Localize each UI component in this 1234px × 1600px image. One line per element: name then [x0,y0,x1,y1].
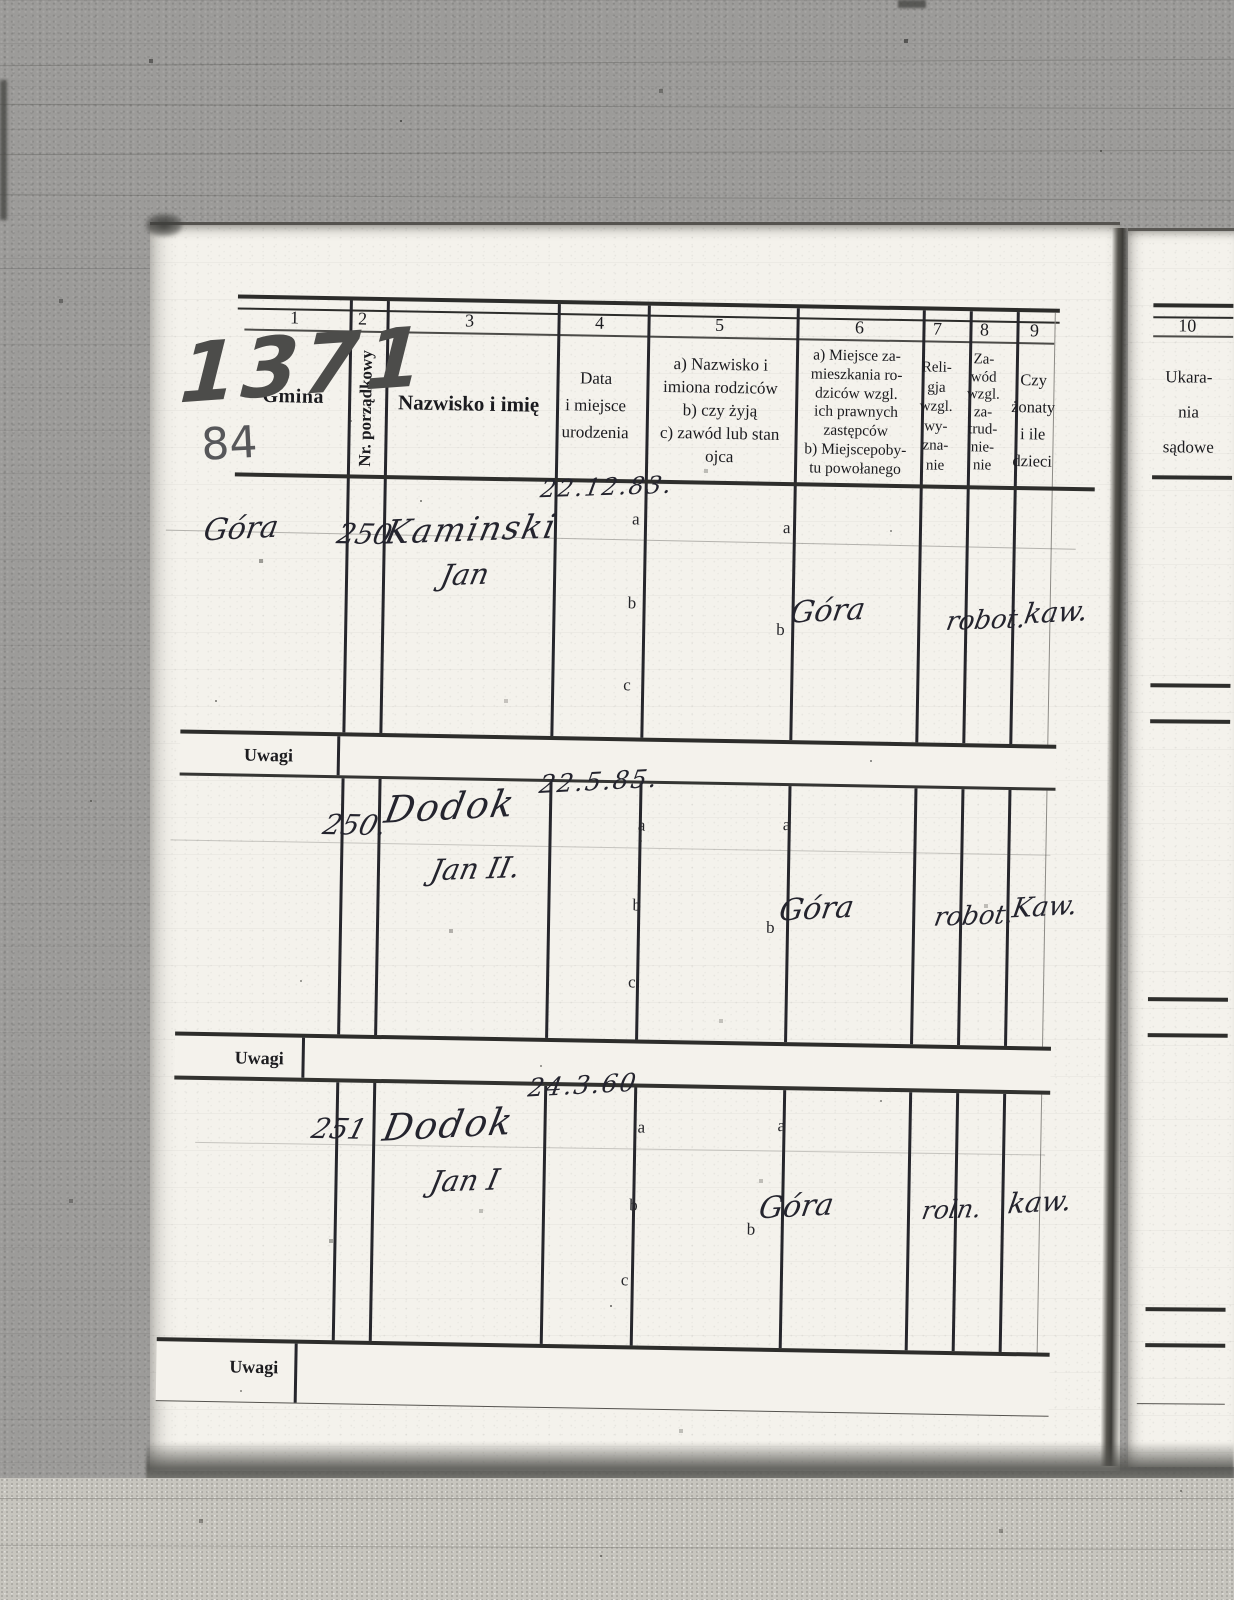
header-bottom-rule [1152,475,1232,480]
sub-row-label-a: a [637,1118,645,1138]
row-rule-thin [1137,1403,1225,1405]
col5-header: a) Nazwisko i imiona rodziców b) czy żyj… [637,351,803,469]
col7-header-line: wzgl. [908,397,964,417]
next-page-content: 10 Ukara- nia sądowe [1128,231,1234,1467]
record-given-name: Jan [438,559,492,590]
next-registry-page: 10 Ukara- nia sądowe [1128,228,1234,1467]
col7-header-line: wy- [908,417,964,437]
uwagi-band: Uwagi [156,1337,1050,1417]
record-row-2: 250. Dodok Jan II. 22.5.85. a b c a b Gó… [151,223,1120,240]
sub-row-label-b: b [632,895,641,915]
record-given-name: Jan II. [428,853,523,885]
scratch-line [166,530,1076,550]
uwagi-label: Uwagi [234,1048,283,1070]
registry-page: 1 2 3 4 5 6 7 8 9 Gmina Nr. porządkowy N… [150,222,1120,1471]
col5-header-line: b) czy żyją [638,397,802,423]
record-occupation-value: robot. [932,902,1016,931]
uwagi-separator-line [294,1344,298,1403]
background-bottom-band [0,1478,1234,1600]
record-given-name: Jan I [427,1165,501,1197]
scratch-line [0,1498,1234,1499]
record-residence-value: Góra [757,1190,836,1224]
uwagi-separator-line [337,736,341,775]
col4-header-line: Data [543,364,648,393]
col9-header-line: dzieci [990,447,1074,475]
page-corner-shadow [146,214,182,236]
col5-header-line: a) Nazwisko i [639,351,803,377]
sub-row-label-b: b [776,620,785,640]
scratch-line [0,194,1234,200]
record-number-value: 250. [320,811,390,840]
sub-row-label-c: c [628,972,636,992]
col6-header-line: a) Miejsce za- [791,346,923,367]
col5-header-line: imiona rodziców [638,374,802,400]
record-gmina-value: Góra [202,512,281,546]
scratch-line [170,839,1050,855]
col10-number: 10 [1157,315,1217,336]
record-occupation-value: roln. [920,1196,983,1223]
col3-number: 3 [439,310,499,332]
col4-header-line: urodzenia [542,418,647,447]
col5-header-line: c) zawód lub stan [637,420,801,446]
record-surname: Dodok [382,785,519,829]
numbers-underline-rule [1153,335,1233,338]
sub-row-label-b: b [627,593,636,613]
col6-header-line: ich prawnych [790,402,922,423]
sub-row-label-b: b [629,1195,638,1215]
grid-line-col3-col4 [540,304,561,1346]
col4-number: 4 [569,312,629,334]
scanned-registry-photo: 1 2 3 4 5 6 7 8 9 Gmina Nr. porządkowy N… [0,0,1234,1600]
film-edge-mark [898,0,926,8]
uwagi-separator-line [301,1038,305,1078]
row-rule [1150,719,1230,724]
sub-row-label-a: a [783,815,791,835]
record-occupation-value: robot. [944,606,1028,635]
col7-header-line: nie [907,456,963,476]
scratch-line [0,59,1234,66]
col10-header-line: Ukara- [1137,359,1234,395]
secondary-number-stamp: 84 [200,421,258,468]
sub-row-label-c: c [623,675,631,695]
record-marital-value: Kaw. [1010,892,1079,923]
col6-header: a) Miejsce za- mieszkania ro- dziców wzg… [789,346,923,480]
col6-header-line: dziców wzgl. [790,384,922,405]
col6-number: 6 [829,317,889,339]
col6-header-line: zastępców [790,421,922,442]
col10-header-line: sądowe [1136,429,1234,465]
col9-header-line: żonaty [991,393,1075,421]
row-rule [1146,1307,1226,1312]
page-bottom-shadow [146,1442,1234,1480]
record-birth-date: 22.12.83. [539,473,676,502]
page-number-stamp: 1371 [169,316,437,417]
sub-row-label-b: b [766,918,775,938]
col6-header-line: b) Miejscepoby- [789,440,921,461]
col6-header-line: tu powołanego [789,459,921,480]
col5-number: 5 [689,314,749,336]
sub-row-label-b: b [747,1219,756,1239]
scratch-line [0,150,1234,155]
row-rule [1148,997,1228,1002]
dust-specks [0,0,2,2]
sub-row-label-a: a [632,509,640,529]
record-row-1: Góra 250 Kaminski Jan 22.12.83. a b c a … [151,223,1120,240]
record-surname: Dodok [380,1103,517,1147]
col7-header-line: zna- [907,436,963,456]
uwagi-label: Uwagi [244,745,293,767]
record-marital-value: kaw. [1006,1187,1074,1219]
col10-header: Ukara- nia sądowe [1136,359,1234,465]
col10-header-line: nia [1136,394,1234,430]
sub-row-label-c: c [621,1270,629,1290]
col9-header: Czy żonaty i ile dzieci [990,366,1076,475]
row-rule [1148,1033,1228,1038]
col4-header-line: i miejsce [543,391,648,420]
scratch-line [0,104,1234,109]
col7-header-line: gja [908,378,964,398]
record-birth-date: 22.5.85. [538,766,661,797]
col9-header-line: i ile [990,420,1074,448]
uwagi-label: Uwagi [229,1356,278,1378]
record-surname: Kaminski [382,509,560,548]
registry-page-content: 1 2 3 4 5 6 7 8 9 Gmina Nr. porządkowy N… [150,223,1120,1471]
record-row-3: 251 Dodok Jan I 24.3.60 a b c a b Góra r… [151,223,1120,240]
col5-header-line: ojca [637,443,801,469]
col6-header-line: mieszkania ro- [791,365,923,386]
record-marital-value: kaw. [1022,597,1090,629]
row-rule [1145,1343,1225,1348]
sub-row-label-a: a [783,518,791,538]
col4-header: Data i miejsce urodzenia [542,364,648,447]
film-edge-mark [0,80,7,220]
col9-header-line: Czy [991,366,1075,394]
col7-header-line: Reli- [909,358,965,378]
sub-row-label-a: a [777,1116,785,1136]
row-rule [1150,683,1230,688]
record-residence-value: Góra [788,595,867,629]
record-birth-date: 24.3.60 [526,1070,639,1101]
sub-row-label-a: a [638,816,646,836]
record-residence-value: Góra [777,893,856,927]
record-number-value: 251 [309,1115,370,1144]
